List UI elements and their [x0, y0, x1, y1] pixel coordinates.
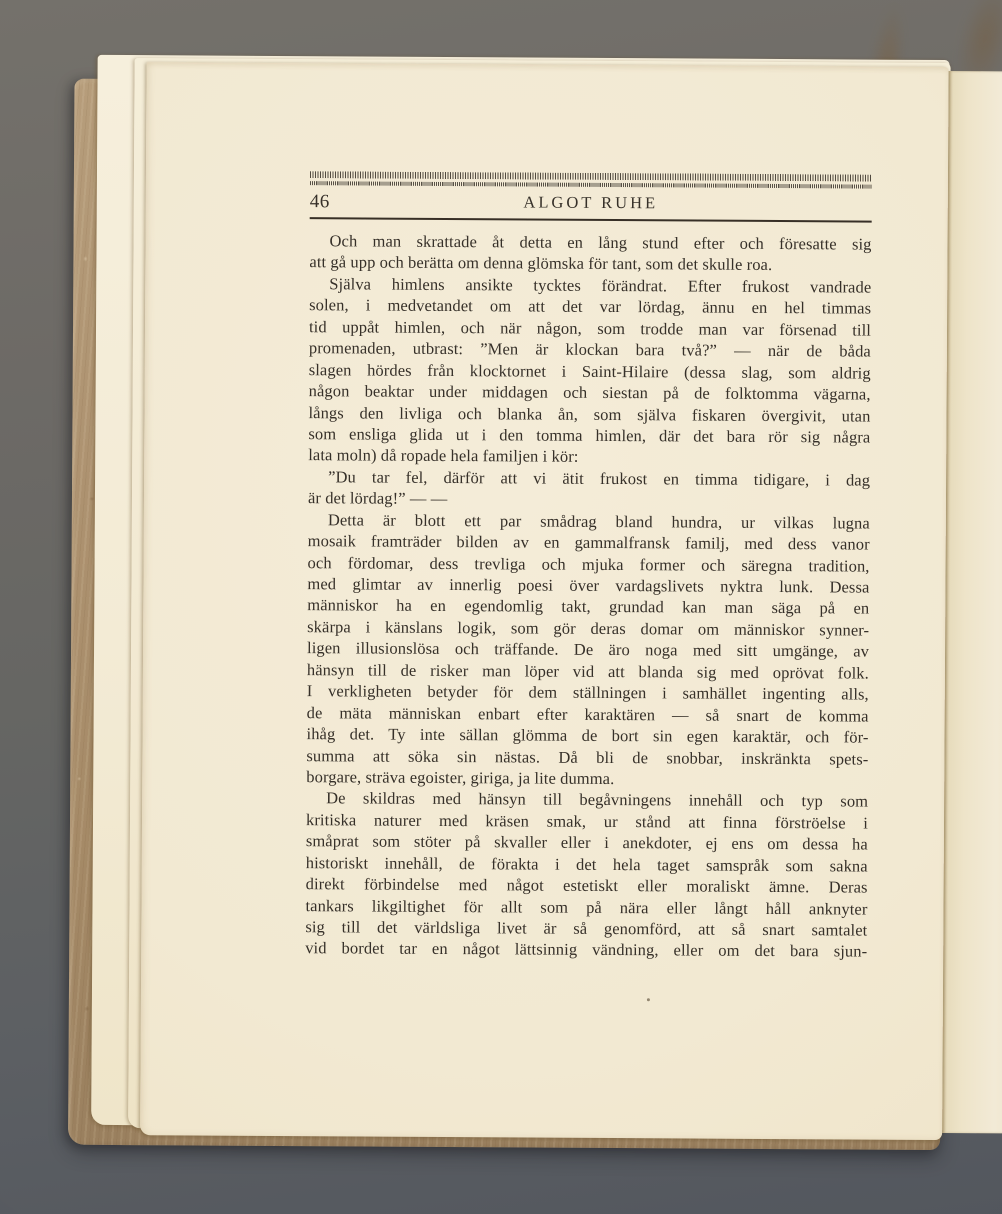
ornamental-rule-bottom [310, 181, 872, 188]
page-header: 46 ALGOT RUHE [310, 191, 872, 217]
gutter-fold-facing-page [942, 71, 1002, 1133]
text-line: ihåg det. Ty inte sällan glömma de bort … [306, 723, 868, 748]
photo-backdrop: { "page": { "number": "46", "running_hea… [0, 0, 1002, 1214]
running-header: ALGOT RUHE [310, 191, 872, 214]
text-line: direkt förbindelse med något estetiskt e… [306, 873, 868, 898]
text-line: ligen illusionslösa och träffande. De är… [307, 637, 869, 662]
text-line: promenaden, utbrast: ”Men är klockan bar… [309, 337, 871, 362]
text-line: mosaik framträder bilden av en gammalfra… [308, 530, 870, 555]
text-line: vid bordet tar en något lättsinnig vändn… [305, 938, 867, 963]
text-line: solen, i medvetandet om att det var lörd… [309, 294, 871, 319]
text-line: småprat som stöter på skvaller eller i a… [306, 830, 868, 855]
page-content: 46 ALGOT RUHE Och man skrattade åt detta… [305, 171, 872, 962]
text-line: någon beaktar under middagen och siestan… [309, 380, 871, 405]
ornamental-rule-top [310, 171, 872, 181]
body-text: Och man skrattade åt detta en lång stund… [305, 230, 871, 962]
main-page: 46 ALGOT RUHE Och man skrattade åt detta… [140, 62, 949, 1140]
text-line: I verkligheten betyder för dem ställning… [307, 680, 869, 705]
header-rule [310, 217, 872, 222]
book: 46 ALGOT RUHE Och man skrattade åt detta… [66, 53, 1002, 1159]
paper-speck [647, 998, 650, 1001]
text-line: är det lördag!” — — [308, 487, 870, 512]
